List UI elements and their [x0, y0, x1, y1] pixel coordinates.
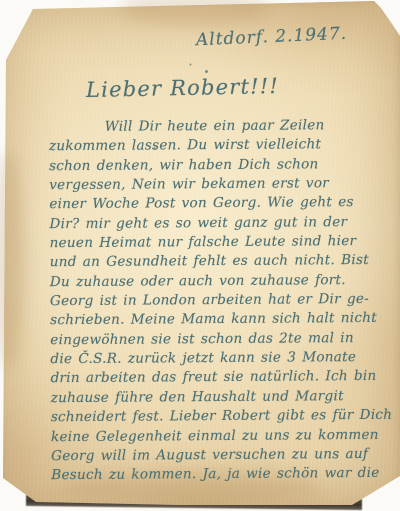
letter-line: keine Gelegenheit einmal zu uns zu komme…	[51, 425, 387, 447]
letter-line: schneidert fest. Lieber Robert gibt es f…	[51, 406, 387, 428]
letter-line: die Č.S.R. zurück jetzt kann sie 3 Monat…	[50, 348, 386, 370]
letter-line: einer Woche Post von Georg. Wie geht es	[49, 193, 385, 215]
letter-line: schrieben. Meine Mama kann sich halt nic…	[50, 309, 386, 331]
letter-line: eingewöhnen sie ist schon das 2te mal in	[50, 329, 386, 351]
letter-line: Dir? mir geht es so weit ganz gut in der	[49, 213, 385, 235]
letter-line: Du zuhause oder auch von zuhause fort.	[50, 271, 386, 293]
letter-line: Besuch zu kommen. Ja, ja wie schön war d…	[51, 464, 387, 486]
letter-body: Will Dir heute ein paar Zeilenzukommen l…	[49, 116, 388, 486]
letter-line: Georg ist in London arbeiten hat er Dir …	[50, 290, 386, 312]
letter-line: vergessen, Nein wir bekamen erst vor	[49, 174, 385, 196]
letter-line: zuhause führe den Haushalt und Margit	[51, 387, 387, 409]
ink-speck	[205, 70, 208, 73]
letter-line: schon denken, wir haben Dich schon	[49, 155, 385, 177]
letter-line: neuen Heimat nur falsche Leute sind hier	[50, 232, 386, 254]
letter-line: drin arbeiten das freut sie natürlich. I…	[50, 367, 386, 389]
letter-line: Will Dir heute ein paar Zeilen	[49, 116, 385, 138]
letter-line: zukommen lassen. Du wirst vielleicht	[49, 135, 385, 157]
letter-salutation: Lieber Robert!!!	[86, 74, 279, 102]
ink-speck	[189, 63, 191, 65]
letter-line: Georg will im August versuchen zu uns au…	[51, 445, 387, 467]
scanned-letter: Altdorf. 2.1947. Lieber Robert!!! Will D…	[0, 0, 400, 511]
letter-line: und an Gesundheit fehlt es auch nicht. B…	[50, 251, 386, 273]
